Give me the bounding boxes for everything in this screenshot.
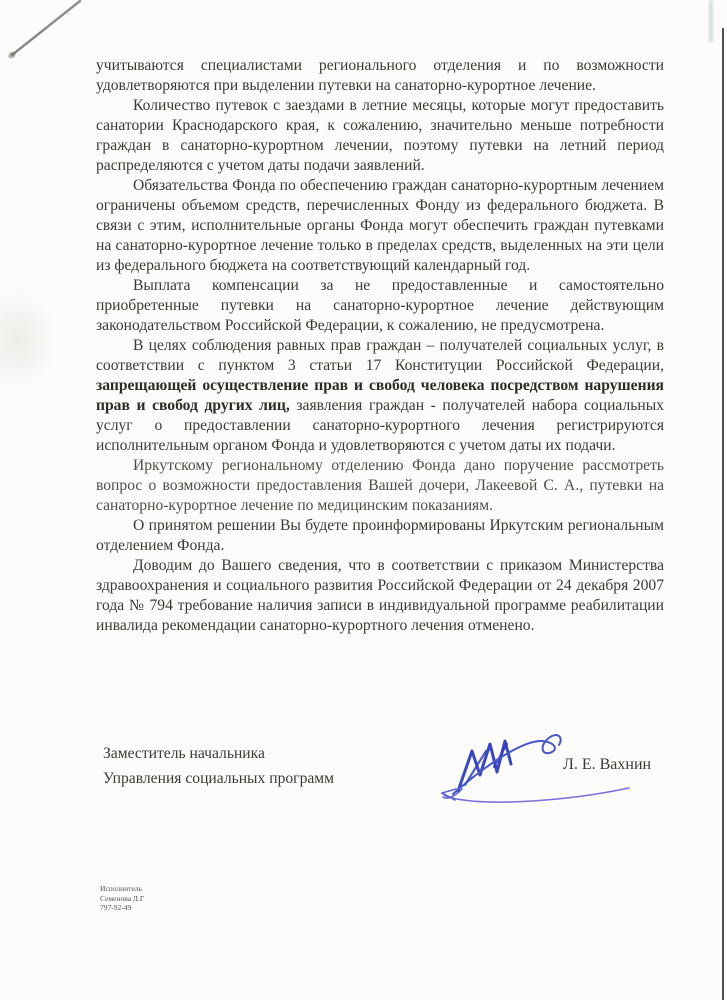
scan-streak-artifact: [709, 0, 713, 42]
paragraph-1: учитываются специалистами регионального …: [96, 56, 664, 96]
paragraph-8: Доводим до Вашего сведения, что в соотве…: [96, 556, 664, 636]
paragraph-4: Выплата компенсации за не предоставленны…: [96, 276, 664, 336]
scan-smudge-artifact: [0, 285, 58, 395]
executor-phone: 797-92-49: [100, 903, 144, 913]
executor-name: Семенова Л.Г: [100, 894, 144, 904]
paragraph-5: В целях соблюдения равных прав граждан –…: [96, 336, 664, 456]
scan-edge-line: [722, 28, 724, 1000]
paragraph-2: Количество путевок с заездами в летние м…: [96, 96, 664, 176]
letter-body: учитываются специалистами регионального …: [96, 56, 664, 636]
signer-position: Заместитель начальника Управления социал…: [103, 741, 334, 791]
signer-name: Л. Е. Вахнин: [563, 756, 651, 774]
executor-note: Исполнитель Семенова Л.Г 797-92-49: [100, 884, 144, 913]
paragraph-6: Иркутскому региональному отделению Фонда…: [96, 456, 664, 516]
paragraph-3: Обязательства Фонда по обеспечению гражд…: [96, 176, 664, 276]
scanned-letter-page: учитываются специалистами регионального …: [0, 0, 727, 1000]
paragraph-5-text-pre: В целях соблюдения равных прав граждан –…: [96, 337, 664, 374]
pencil-mark-artifact: [0, 0, 100, 70]
paragraph-7: О принятом решении Вы будете проинформир…: [96, 516, 664, 556]
signer-position-line1: Заместитель начальника: [103, 741, 334, 766]
executor-label: Исполнитель: [100, 884, 144, 894]
signer-position-line2: Управления социальных программ: [103, 766, 334, 791]
